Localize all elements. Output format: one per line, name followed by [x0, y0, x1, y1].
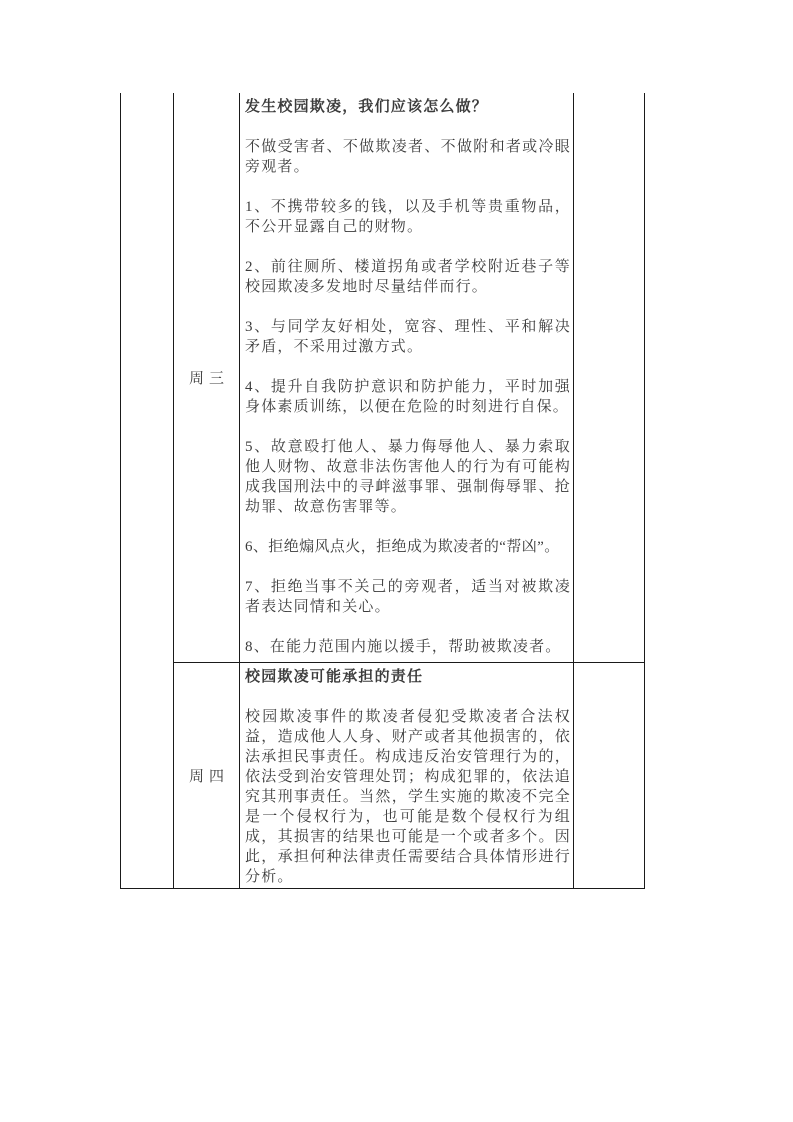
content-cell-thursday: 校园欺凌可能承担的责任 校园欺凌事件的欺凌者侵犯受欺凌者合法权益，造成他人人身、… — [239, 663, 573, 888]
day-cell-thursday: 周四 — [173, 663, 239, 888]
day-label-thursday: 周四 — [189, 765, 229, 786]
section-heading-thursday: 校园欺凌可能承担的责任 — [245, 667, 571, 687]
paragraph: 8、在能力范围内施以援手，帮助被欺凌者。 — [245, 637, 571, 657]
paragraph: 4、提升自我防护意识和防护能力，平时加强身体素质训练，以便在危险的时刻进行自保。 — [245, 377, 571, 417]
document-page: 周三 发生校园欺凌，我们应该怎么做？ 不做受害者、不做欺凌者、不做附和者或冷眼旁… — [0, 0, 793, 1122]
paragraph: 5、故意殴打他人、暴力侮辱他人、暴力索取他人财物、故意非法伤害他人的行为有可能构… — [245, 437, 571, 517]
schedule-table: 周三 发生校园欺凌，我们应该怎么做？ 不做受害者、不做欺凌者、不做附和者或冷眼旁… — [120, 93, 645, 889]
content-cell-wednesday: 发生校园欺凌，我们应该怎么做？ 不做受害者、不做欺凌者、不做附和者或冷眼旁观者。… — [239, 93, 573, 663]
empty-cell-wednesday — [573, 93, 644, 663]
paragraph: 6、拒绝煽风点火，拒绝成为欺凌者的“帮凶”。 — [245, 537, 571, 557]
paragraph: 校园欺凌事件的欺凌者侵犯受欺凌者合法权益，造成他人人身、财产或者其他损害的，依法… — [245, 707, 571, 887]
empty-cell-thursday — [573, 663, 644, 888]
paragraph: 7、拒绝当事不关己的旁观者，适当对被欺凌者表达同情和关心。 — [245, 577, 571, 617]
paragraph: 3、与同学友好相处，宽容、理性、平和解决矛盾，不采用过激方式。 — [245, 317, 571, 357]
day-cell-wednesday: 周三 — [173, 93, 239, 663]
paragraph: 不做受害者、不做欺凌者、不做附和者或冷眼旁观者。 — [245, 137, 571, 177]
paragraph: 2、前往厕所、楼道拐角或者学校附近巷子等校园欺凌多发地时尽量结伴而行。 — [245, 257, 571, 297]
section-heading-wednesday: 发生校园欺凌，我们应该怎么做？ — [245, 97, 571, 117]
paragraph: 1、不携带较多的钱，以及手机等贵重物品，不公开显露自己的财物。 — [245, 197, 571, 237]
day-label-wednesday: 周三 — [189, 367, 229, 388]
week-column-merged-cell — [121, 93, 173, 888]
